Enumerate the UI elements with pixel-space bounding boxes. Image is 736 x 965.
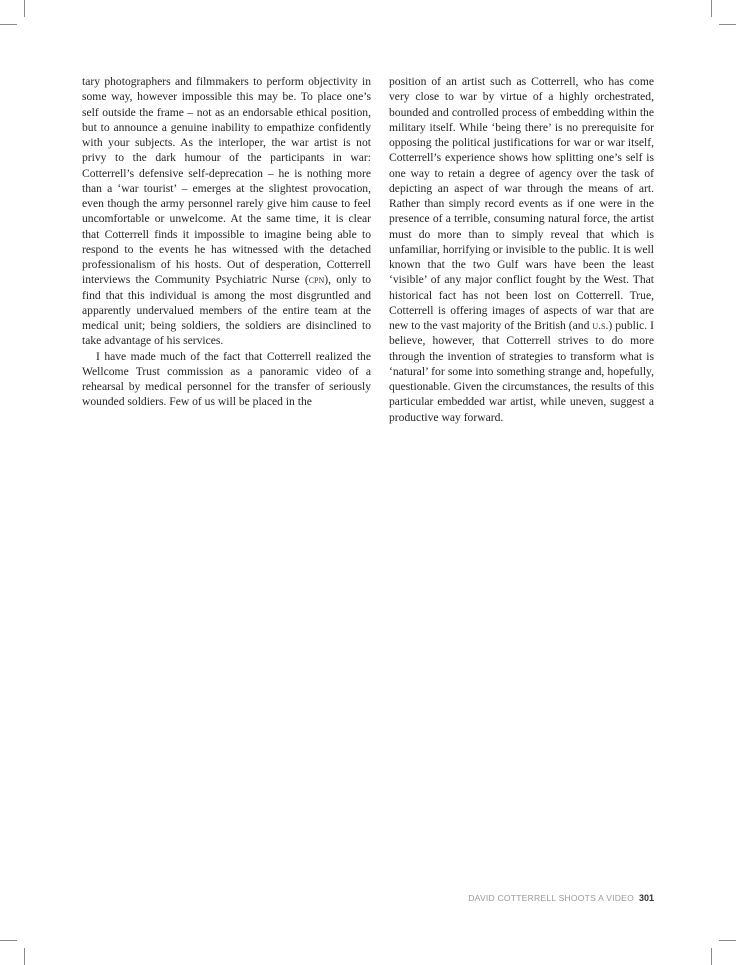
right-text-column: position of an artist such as Cotterrell… — [389, 74, 654, 425]
text-run: ) public. I believe, however, that Cotte… — [389, 319, 654, 424]
paragraph: position of an artist such as Cotterrell… — [389, 74, 654, 425]
crop-mark-bottom-right-vertical — [711, 948, 712, 965]
crop-mark-bottom-left-horizontal — [0, 940, 17, 941]
crop-mark-top-right-vertical — [711, 0, 712, 17]
crop-mark-top-right-horizontal — [719, 24, 736, 25]
abbreviation: u.s. — [592, 319, 608, 332]
paragraph: I have made much of the fact that Cotter… — [82, 349, 371, 410]
text-run: tary photographers and filmmakers to per… — [82, 75, 371, 286]
crop-mark-bottom-right-horizontal — [719, 940, 736, 941]
crop-mark-bottom-left-vertical — [24, 948, 25, 965]
text-run: position of an artist such as Cotterrell… — [389, 75, 654, 332]
page-number: 301 — [639, 893, 654, 903]
paragraph: tary photographers and filmmakers to per… — [82, 74, 371, 349]
running-head: DAVID COTTERRELL SHOOTS A VIDEO — [468, 893, 634, 903]
abbreviation: cpn — [309, 273, 325, 286]
page-footer: DAVID COTTERRELL SHOOTS A VIDEO301 — [468, 893, 654, 903]
left-text-column: tary photographers and filmmakers to per… — [82, 74, 371, 410]
crop-mark-top-left-vertical — [24, 0, 25, 17]
crop-mark-top-left-horizontal — [0, 24, 17, 25]
